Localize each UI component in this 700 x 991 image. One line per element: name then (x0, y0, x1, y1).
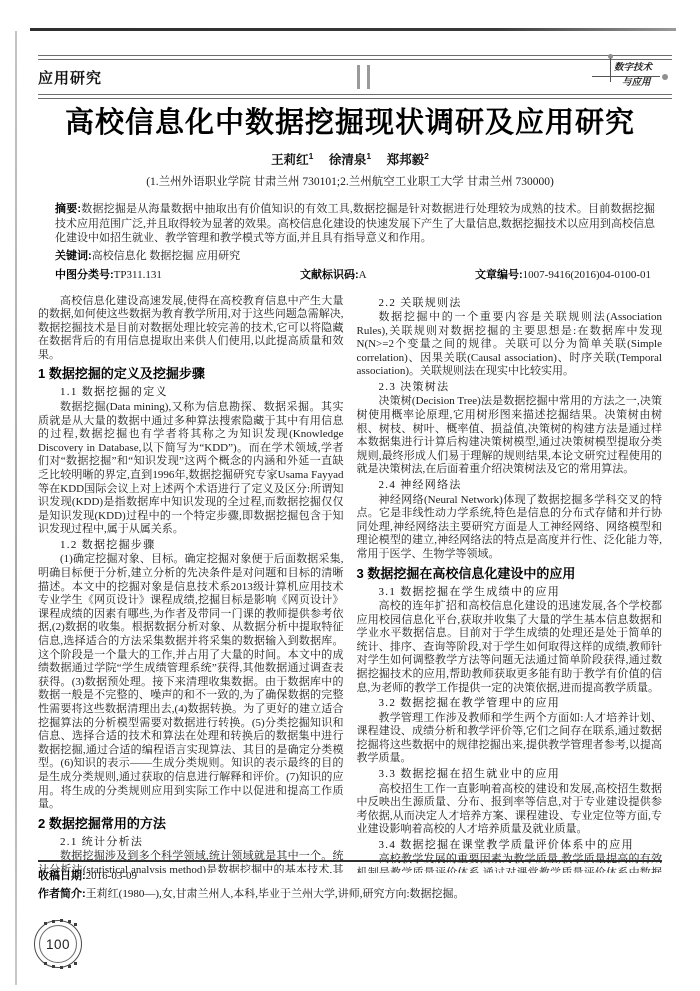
logo-text-line1: 数字技术 (588, 61, 672, 76)
body-paragraph: 高校的连年扩招和高校信息化建设的迅速发展,各个学校都应用校园信息化平台,获取并收… (357, 600, 663, 695)
article-no-value: 1007-9416(2016)04-0100-01 (523, 269, 651, 281)
logo-dot-icon (662, 74, 668, 80)
subsection-heading: 2.4 神经网络法 (357, 478, 663, 493)
doc-code-label: 文献标识码: (300, 269, 359, 281)
keywords-label: 关键词: (55, 250, 92, 262)
section-heading: 2 数据挖掘常用的方法 (38, 816, 344, 832)
author-list: 王莉红1 徐清泉1 郑邦毅2 (0, 150, 700, 168)
clc-value: TP311.131 (114, 269, 162, 281)
page-number-stamp: 100 (34, 920, 82, 968)
abstract-text: 数据挖掘是从海量数据中抽取出有价值知识的有效工具,数据挖掘是针对数据进行处理较为… (55, 203, 655, 244)
subsection-heading: 1.2 数据挖掘步骤 (38, 538, 344, 553)
logo-horizontal-line (592, 76, 660, 77)
body-paragraph: 决策树(Decision Tree)法是数据挖掘中常用的方法之一,决策树使用概率… (357, 395, 663, 477)
doc-code-value: A (359, 269, 367, 281)
article-title: 高校信息化中数据挖掘现状调研及应用研究 (30, 106, 670, 140)
keywords-text: 高校信息化 数据挖掘 应用研究 (92, 250, 241, 262)
author-affiliation-sup: 1 (309, 151, 314, 161)
section-label: 应用研究 (38, 67, 102, 88)
body-paragraph: 教学管理工作涉及教师和学生两个方面如:人才培养计划、课程建设、成绩分析和教学评价… (357, 712, 663, 766)
body-column-left: 高校信息化建设高速发展,使得在高校教育信息中产生大量的数据,如何使这些数据为教育… (38, 295, 344, 873)
subsection-heading: 1.1 数据挖掘的定义 (38, 385, 344, 400)
subsection-heading: 3.2 数据挖掘在教学管理中的应用 (357, 696, 663, 711)
author-name: 徐清泉 (329, 153, 367, 167)
subsection-heading: 3.1 数据挖掘在学生成绩中的应用 (357, 585, 663, 600)
received-date-value: 2016-03-09 (86, 870, 137, 882)
abstract-label: 摘要: (55, 203, 81, 215)
body-column-right: 2.2 关联规则法数据挖掘中的一个重要内容是关联规则法(Association … (357, 295, 663, 873)
author-bio-label: 作者简介: (38, 888, 86, 900)
logo-text-line2: 与应用 (588, 76, 672, 91)
article-meta: 摘要:数据挖掘是从海量数据中抽取出有价值知识的有效工具,数据挖掘是针对数据进行处… (55, 202, 655, 283)
footer-rule (38, 860, 662, 862)
keywords: 关键词:高校信息化 数据挖掘 应用研究 (55, 249, 655, 264)
article-body: 高校信息化建设高速发展,使得在高校教育信息中产生大量的数据,如何使这些数据为教育… (38, 295, 662, 873)
footer-notes: 收稿日期:2016-03-09 作者简介:王莉红(1980—),女,甘肃兰州人,… (38, 868, 662, 903)
abstract: 摘要:数据挖掘是从海量数据中抽取出有价值知识的有效工具,数据挖掘是针对数据进行处… (55, 202, 655, 246)
scan-left-edge (15, 31, 17, 985)
journal-page: 应用研究 数字技术 与应用 高校信息化中数据挖掘现状调研及应用研究 王莉红1 徐… (0, 0, 700, 991)
scan-top-edge (30, 28, 676, 31)
author-bio-value: 王莉红(1980—),女,甘肃兰州人,本科,毕业于兰州大学,讲师,研究方向:数据… (86, 888, 465, 900)
received-date-label: 收稿日期: (38, 870, 86, 882)
affiliation: (1.兰州外语职业学院 甘肃兰州 730101;2.兰州航空工业职工大学 甘肃兰… (0, 173, 700, 189)
page-number: 100 (46, 937, 70, 952)
stamp-marks (44, 922, 47, 925)
clc-label: 中图分类号: (55, 269, 114, 281)
author-bio: 作者简介:王莉红(1980—),女,甘肃兰州人,本科,毕业于兰州大学,讲师,研究… (38, 886, 662, 904)
received-date: 收稿日期:2016-03-09 (38, 868, 662, 886)
section-heading: 1 数据挖掘的定义及挖掘步骤 (38, 366, 344, 382)
subsection-heading: 2.1 统计分析法 (38, 835, 344, 850)
header-bottom-rule (38, 94, 672, 99)
subsection-heading: 2.3 决策树法 (357, 380, 663, 395)
classification-row: 中图分类号:TP311.131 文献标识码:A 文章编号:1007-9416(2… (55, 268, 655, 283)
section-heading: 3 数据挖掘在高校信息化建设中的应用 (357, 566, 663, 582)
body-paragraph: 高校招生工作一直影响着高校的建设和发展,高校招生数据中反映出生源质量、分布、报到… (357, 783, 663, 837)
author-affiliation-sup: 1 (366, 151, 371, 161)
article-no-label: 文章编号: (475, 269, 523, 281)
header-divider-marks (357, 65, 370, 89)
page-header: 应用研究 数字技术 与应用 (38, 55, 672, 99)
author-name: 郑邦毅 (387, 153, 425, 167)
body-paragraph: 神经网络(Neural Network)体现了数据挖掘多学科交叉的特点。它是非线… (357, 494, 663, 562)
subsection-heading: 2.2 关联规则法 (357, 296, 663, 311)
logo-vertical-line (610, 58, 611, 82)
author-affiliation-sup: 2 (424, 151, 429, 161)
subsection-heading: 3.4 数据挖掘在课堂教学质量评价体系中的应用 (357, 838, 663, 853)
journal-logo: 数字技术 与应用 (588, 61, 672, 93)
author-name: 王莉红 (271, 153, 309, 167)
footer: 收稿日期:2016-03-09 作者简介:王莉红(1980—),女,甘肃兰州人,… (38, 860, 662, 903)
body-paragraph: (1)确定挖掘对象、目标。确定挖掘对象便于后面数据采集,明确目标便于分析,建立分… (38, 553, 344, 811)
body-paragraph: 高校信息化建设高速发展,使得在高校教育信息中产生大量的数据,如何使这些数据为教育… (38, 295, 344, 363)
body-paragraph: 数据挖掘(Data mining),又称为信息勘探、数据采掘。其实质就是从大量的… (38, 401, 344, 537)
subsection-heading: 3.3 数据挖掘在招生就业中的应用 (357, 767, 663, 782)
body-paragraph: 数据挖掘中的一个重要内容是关联规则法(Association Rules),关联… (357, 311, 663, 379)
